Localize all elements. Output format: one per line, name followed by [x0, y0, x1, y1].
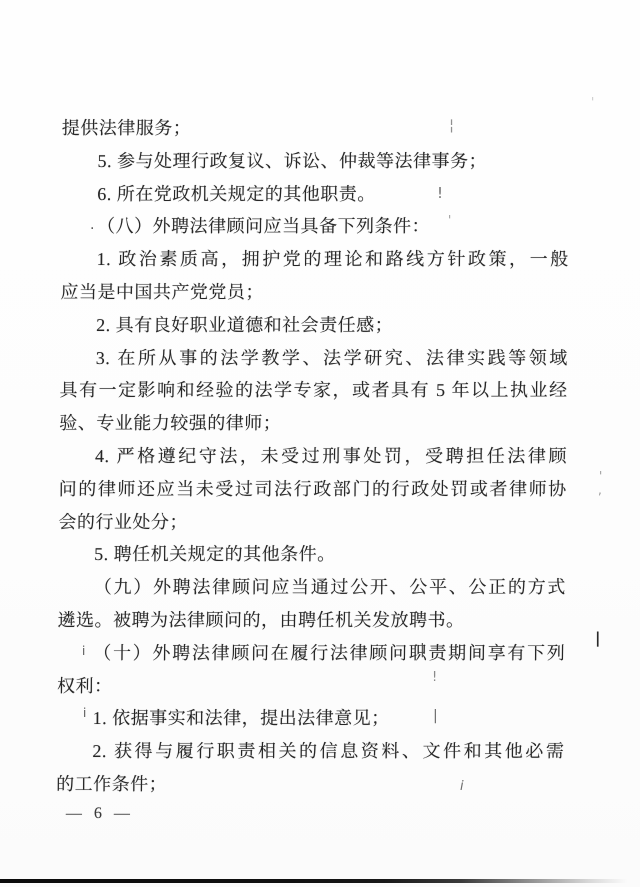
text-line: 权利：: [57, 670, 565, 703]
text-line: （八）外聘法律顾问应当具备下列条件：: [61, 210, 569, 243]
document-page: 提供法律服务； 5. 参与处理行政复议、诉讼、仲裁等法律事务； 6. 所在党政机…: [0, 0, 640, 887]
text-line: 验、专业能力较强的律师；: [59, 407, 567, 440]
text-line: （九）外聘法律顾问应当通过公开、公平、公正的方式: [58, 571, 566, 604]
text-line: 6. 所在党政机关规定的其他职责。: [61, 178, 569, 211]
text-line: 4. 严格遵纪守法，未受过刑事处罚，受聘担任法律顾: [59, 440, 567, 473]
page-number: — 6 —: [66, 805, 634, 823]
text-line: 会的行业处分；: [58, 506, 566, 539]
text-line: 5. 聘任机关规定的其他条件。: [58, 538, 566, 571]
text-line: 应当是中国共产党党员；: [60, 276, 568, 309]
scan-artifact: ': [591, 96, 594, 108]
text-line: 3. 在所从事的法学教学、法学研究、法律实践等领域: [60, 342, 568, 375]
document-body: 提供法律服务； 5. 参与处理行政复议、诉讼、仲裁等法律事务； 6. 所在党政机…: [0, 112, 640, 823]
text-line: 遴选。被聘为法律顾问的，由聘任机关发放聘书。: [57, 604, 565, 637]
text-line: 5. 参与处理行政复议、诉讼、仲裁等法律事务；: [61, 145, 569, 178]
text-line: 2. 获得与履行职责相关的信息资料、文件和其他必需: [56, 735, 564, 768]
text-line: 2. 具有良好职业道德和社会责任感；: [60, 309, 568, 342]
bottom-scan-line: [0, 879, 640, 883]
text-line: 1. 依据事实和法律，提出法律意见；: [57, 702, 565, 735]
text-line: 1. 政治素质高，拥护党的理论和路线方针政策，一般: [61, 243, 569, 276]
text-line: 问的律师还应当未受过司法行政部门的行政处罚或者律师协: [59, 473, 567, 506]
text-line: 具有一定影响和经验的法学专家，或者具有 5 年以上执业经: [59, 374, 567, 407]
text-line: （十）外聘法律顾问在履行法律顾问职责期间享有下列: [57, 637, 565, 670]
text-line: 的工作条件；: [56, 768, 564, 801]
text-line: 提供法律服务；: [62, 112, 570, 145]
